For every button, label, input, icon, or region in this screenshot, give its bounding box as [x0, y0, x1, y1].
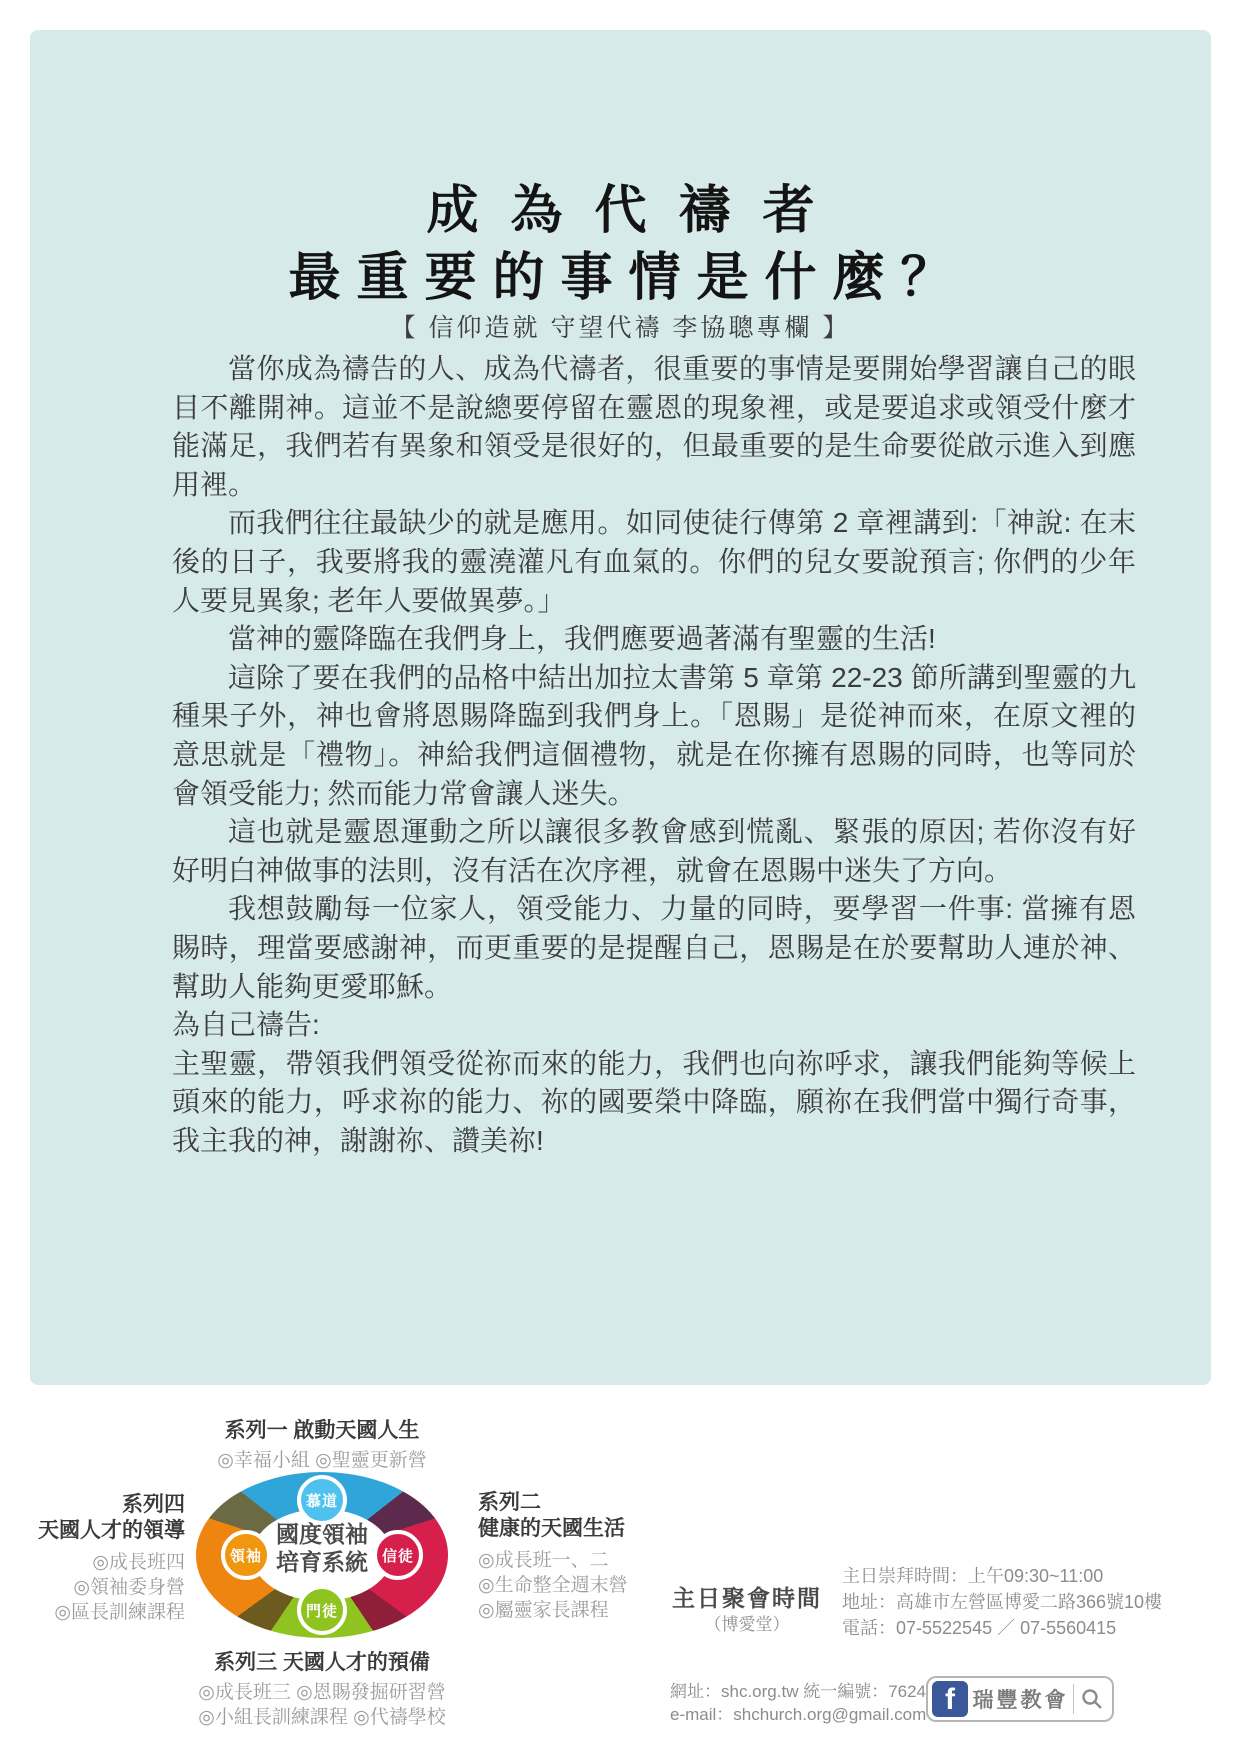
worship-time-line: 主日崇拜時間：上午09:30~11:00 [842, 1563, 1172, 1589]
article-panel: 成為代禱者 最重要的事情是什麼？ 【 信仰造就 守望代禱 李協聰專欄 】 當你成… [30, 30, 1211, 1385]
article-subtitle: 【 信仰造就 守望代禱 李協聰專欄 】 [30, 308, 1211, 344]
article-paragraph: 主聖靈，帶領我們領受從祢而來的能力，我們也向祢呼求，讓我們能夠等候上頭來的能力，… [172, 1045, 1136, 1161]
series4-item: ◎領袖委身營 [20, 1575, 185, 1600]
phone-line: 電話：07-5522545 ／ 07-5560415 [842, 1615, 1172, 1641]
flyer-page: 成為代禱者 最重要的事情是什麼？ 【 信仰造就 守望代禱 李協聰專欄 】 當你成… [0, 0, 1241, 1755]
search-icon [1080, 1687, 1104, 1711]
series2-item: ◎成長班一、二 [478, 1548, 668, 1573]
service-time-subtitle: （博愛堂） [652, 1610, 842, 1635]
article-paragraph: 我想鼓勵每一位家人，領受能力、力量的同時，要學習一件事: 當擁有恩賜時，理當要感… [172, 890, 1136, 1006]
series2-items: ◎成長班一、二 ◎生命整全週末營 ◎屬靈家長課程 [478, 1548, 668, 1623]
series4-item: ◎區長訓練課程 [20, 1600, 185, 1625]
series3-title: 系列三 天國人才的預備 [172, 1650, 472, 1676]
series2-item: ◎生命整全週末營 [478, 1573, 668, 1598]
article-paragraph: 而我們往往最缺少的就是應用。如同使徒行傳第 2 章裡講到:「神說: 在末後的日子… [172, 504, 1136, 620]
series4-block: 系列四 天國人才的領導 ◎成長班四 ◎領袖委身營 ◎區長訓練課程 [20, 1492, 185, 1625]
article-paragraph: 這除了要在我們的品格中結出加拉太書第 5 章第 22-23 節所講到聖靈的九種果… [172, 659, 1136, 813]
address-line: 地址：高雄市左營區博愛二路366號10樓 [842, 1589, 1172, 1615]
series4-title-line2: 天國人才的領導 [20, 1518, 185, 1544]
article-paragraph: 當神的靈降臨在我們身上，我們應要過著滿有聖靈的生活! [172, 620, 1136, 659]
email-line: e-mail：shchurch.org@gmail.com [670, 1703, 970, 1726]
node-leader: 領袖 [221, 1530, 271, 1580]
series3-item: ◎成長班三 ◎恩賜發掘研習營 [172, 1680, 472, 1705]
series2-title-line1: 系列二 [478, 1490, 668, 1516]
facebook-icon: f [932, 1681, 968, 1717]
series2-block: 系列二 健康的天國生活 ◎成長班一、二 ◎生命整全週末營 ◎屬靈家長課程 [478, 1490, 668, 1623]
article-paragraph: 當你成為禱告的人、成為代禱者，很重要的事情是要開始學習讓自己的眼目不離開神。這並… [172, 350, 1136, 504]
web-info: 網址：shc.org.tw 統一編號：76246150 e-mail：shchu… [670, 1680, 970, 1726]
website-line: 網址：shc.org.tw 統一編號：76246150 [670, 1680, 970, 1703]
facebook-badge: f 瑞豐教會 [926, 1676, 1114, 1722]
series2-title-line2: 健康的天國生活 [478, 1516, 668, 1542]
series3-block: 系列三 天國人才的預備 ◎成長班三 ◎恩賜發掘研習營 ◎小組長訓練課程 ◎代禱學… [172, 1650, 472, 1730]
facebook-page-name: 瑞豐教會 [968, 1684, 1073, 1714]
series4-item: ◎成長班四 [20, 1550, 185, 1575]
series1-items: ◎幸福小組 ◎聖靈更新營 [172, 1448, 472, 1473]
series1-title: 系列一 啟動天國人生 [172, 1418, 472, 1444]
series3-item: ◎小組長訓練課程 ◎代禱學校 [172, 1705, 472, 1730]
series2-item: ◎屬靈家長課程 [478, 1598, 668, 1623]
series3-items: ◎成長班三 ◎恩賜發掘研習營 ◎小組長訓練課程 ◎代禱學校 [172, 1680, 472, 1730]
page-title-line1: 成為代禱者 [30, 168, 1211, 243]
article-paragraph: 這也就是靈恩運動之所以讓很多教會感到慌亂、緊張的原因; 若你沒有好好明白神做事的… [172, 813, 1136, 890]
node-disciple: 門徒 [297, 1585, 347, 1635]
training-system-ring-diagram: 國度領袖 培育系統 慕道 信徒 門徒 領袖 [196, 1472, 448, 1638]
page-title-line2: 最重要的事情是什麼？ [30, 235, 1211, 310]
article-body: 當你成為禱告的人、成為代禱者，很重要的事情是要開始學習讓自己的眼目不離開神。這並… [172, 350, 1136, 1160]
series4-items: ◎成長班四 ◎領袖委身營 ◎區長訓練課程 [20, 1550, 185, 1625]
series1-block: 系列一 啟動天國人生 ◎幸福小組 ◎聖靈更新營 [172, 1418, 472, 1473]
contact-info: 主日崇拜時間：上午09:30~11:00 地址：高雄市左營區博愛二路366號10… [842, 1563, 1172, 1641]
node-seeker: 慕道 [297, 1475, 347, 1525]
service-time-title: 主日聚會時間 [652, 1580, 842, 1613]
badge-divider [1073, 1684, 1074, 1714]
series4-title-line1: 系列四 [20, 1492, 185, 1518]
article-paragraph: 為自己禱告: [172, 1006, 1136, 1045]
node-believer: 信徒 [373, 1530, 423, 1580]
